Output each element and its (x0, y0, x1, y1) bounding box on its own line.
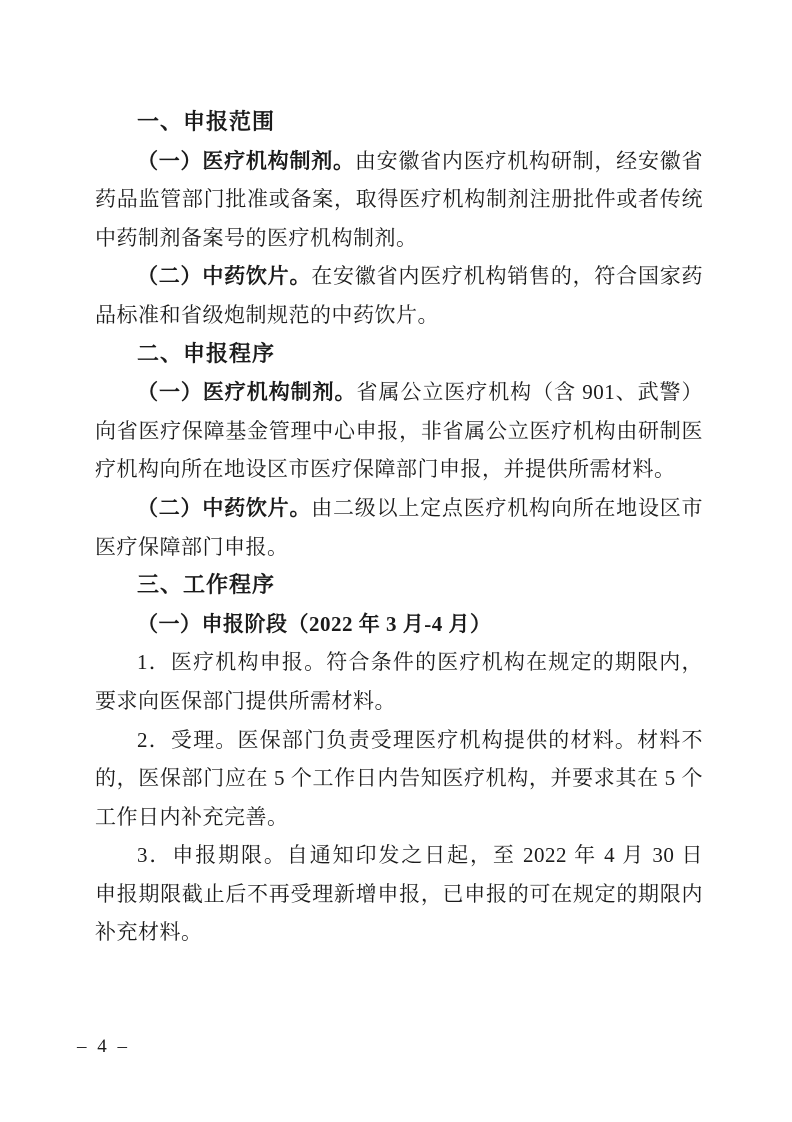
paragraph-text: 疗机构向所在地设区市医疗保障部门申报，并提供所需材料。 (95, 457, 676, 481)
paragraph-line: 品标准和省级炮制规范的中药饮片。 (95, 296, 703, 335)
sub-heading-text: （一）申报阶段（2022 年 3 月-4 月） (137, 612, 492, 636)
paragraph-text: 医疗保障部门申报。 (95, 535, 289, 559)
paragraph-text: 药品监管部门批准或备案，取得医疗机构制剂注册批件或者传统 (95, 187, 703, 211)
paragraph-text: 的，医保部门应在 5 个工作日内告知医疗机构，并要求其在 5 个 (95, 766, 703, 790)
paragraph-text: 申报期限截止后不再受理新增申报，已申报的可在规定的期限内 (95, 882, 703, 906)
paragraph-line: 1．医疗机构申报。符合条件的医疗机构在规定的期限内，按 (95, 643, 703, 682)
paragraph-text: 中药制剂备案号的医疗机构制剂。 (95, 226, 418, 250)
paragraph-line: （一）医疗机构制剂。省属公立医疗机构（含 901、武警） (95, 373, 703, 412)
paragraph-text: 1．医疗机构申报。符合条件的医疗机构在规定的期限内，按 (95, 650, 703, 682)
section-heading-3: 三、工作程序 (95, 566, 703, 605)
paragraph-text: 2．受理。医保部门负责受理医疗机构提供的材料。材料不全 (95, 728, 703, 760)
section-heading-text: 二、申报程序 (137, 341, 275, 366)
section-heading-2: 二、申报程序 (95, 335, 703, 374)
paragraph-text: 品标准和省级炮制规范的中药饮片。 (95, 303, 439, 327)
document-body: 一、申报范围 （一）医疗机构制剂。由安徽省内医疗机构研制，经安徽省 药品监管部门… (95, 103, 703, 952)
paragraph-text: 补充材料。 (95, 920, 203, 944)
paragraph-line: 向省医疗保障基金管理中心申报，非省属公立医疗机构由研制医 (95, 412, 703, 451)
paragraph-text: 3．申报期限。自通知印发之日起，至 2022 年 4 月 30 日止。 (95, 843, 703, 875)
paragraph-line: 申报期限截止后不再受理新增申报，已申报的可在规定的期限内 (95, 875, 703, 914)
sub-heading: （一）申报阶段（2022 年 3 月-4 月） (95, 605, 703, 644)
page-number: – 4 – (77, 1036, 130, 1058)
paragraph-text: 要求向医保部门提供所需材料。 (95, 689, 396, 713)
section-heading-1: 一、申报范围 (95, 103, 703, 142)
paragraph-line: 药品监管部门批准或备案，取得医疗机构制剂注册批件或者传统 (95, 180, 703, 219)
document-page: 一、申报范围 （一）医疗机构制剂。由安徽省内医疗机构研制，经安徽省 药品监管部门… (0, 0, 792, 1122)
paragraph-line: （二）中药饮片。由二级以上定点医疗机构向所在地设区市 (95, 489, 703, 528)
paragraph-lead: （二）中药饮片。 (137, 496, 311, 520)
paragraph-text: 由二级以上定点医疗机构向所在地设区市 (311, 496, 703, 520)
paragraph-text: 向省医疗保障基金管理中心申报，非省属公立医疗机构由研制医 (95, 419, 703, 443)
paragraph-text: 省属公立医疗机构（含 901、武警） (357, 380, 704, 404)
paragraph-line: 工作日内补充完善。 (95, 798, 703, 837)
paragraph-line: 2．受理。医保部门负责受理医疗机构提供的材料。材料不全 (95, 721, 703, 760)
paragraph-line: （一）医疗机构制剂。由安徽省内医疗机构研制，经安徽省 (95, 142, 703, 181)
paragraph-line: 补充材料。 (95, 913, 703, 952)
paragraph-line: 要求向医保部门提供所需材料。 (95, 682, 703, 721)
paragraph-lead: （一）医疗机构制剂。 (137, 380, 357, 404)
paragraph-text: 工作日内补充完善。 (95, 805, 289, 829)
paragraph-line: （二）中药饮片。在安徽省内医疗机构销售的，符合国家药 (95, 257, 703, 296)
paragraph-text: 在安徽省内医疗机构销售的，符合国家药 (311, 264, 703, 288)
paragraph-lead: （一）医疗机构制剂。 (137, 149, 355, 173)
paragraph-text: 由安徽省内医疗机构研制，经安徽省 (355, 149, 703, 173)
section-heading-text: 三、工作程序 (137, 572, 275, 597)
paragraph-line: 中药制剂备案号的医疗机构制剂。 (95, 219, 703, 258)
paragraph-line: 医疗保障部门申报。 (95, 528, 703, 567)
paragraph-line: 疗机构向所在地设区市医疗保障部门申报，并提供所需材料。 (95, 450, 703, 489)
paragraph-lead: （二）中药饮片。 (137, 264, 311, 288)
section-heading-text: 一、申报范围 (137, 109, 275, 134)
paragraph-line: 3．申报期限。自通知印发之日起，至 2022 年 4 月 30 日止。 (95, 836, 703, 875)
paragraph-line: 的，医保部门应在 5 个工作日内告知医疗机构，并要求其在 5 个 (95, 759, 703, 798)
